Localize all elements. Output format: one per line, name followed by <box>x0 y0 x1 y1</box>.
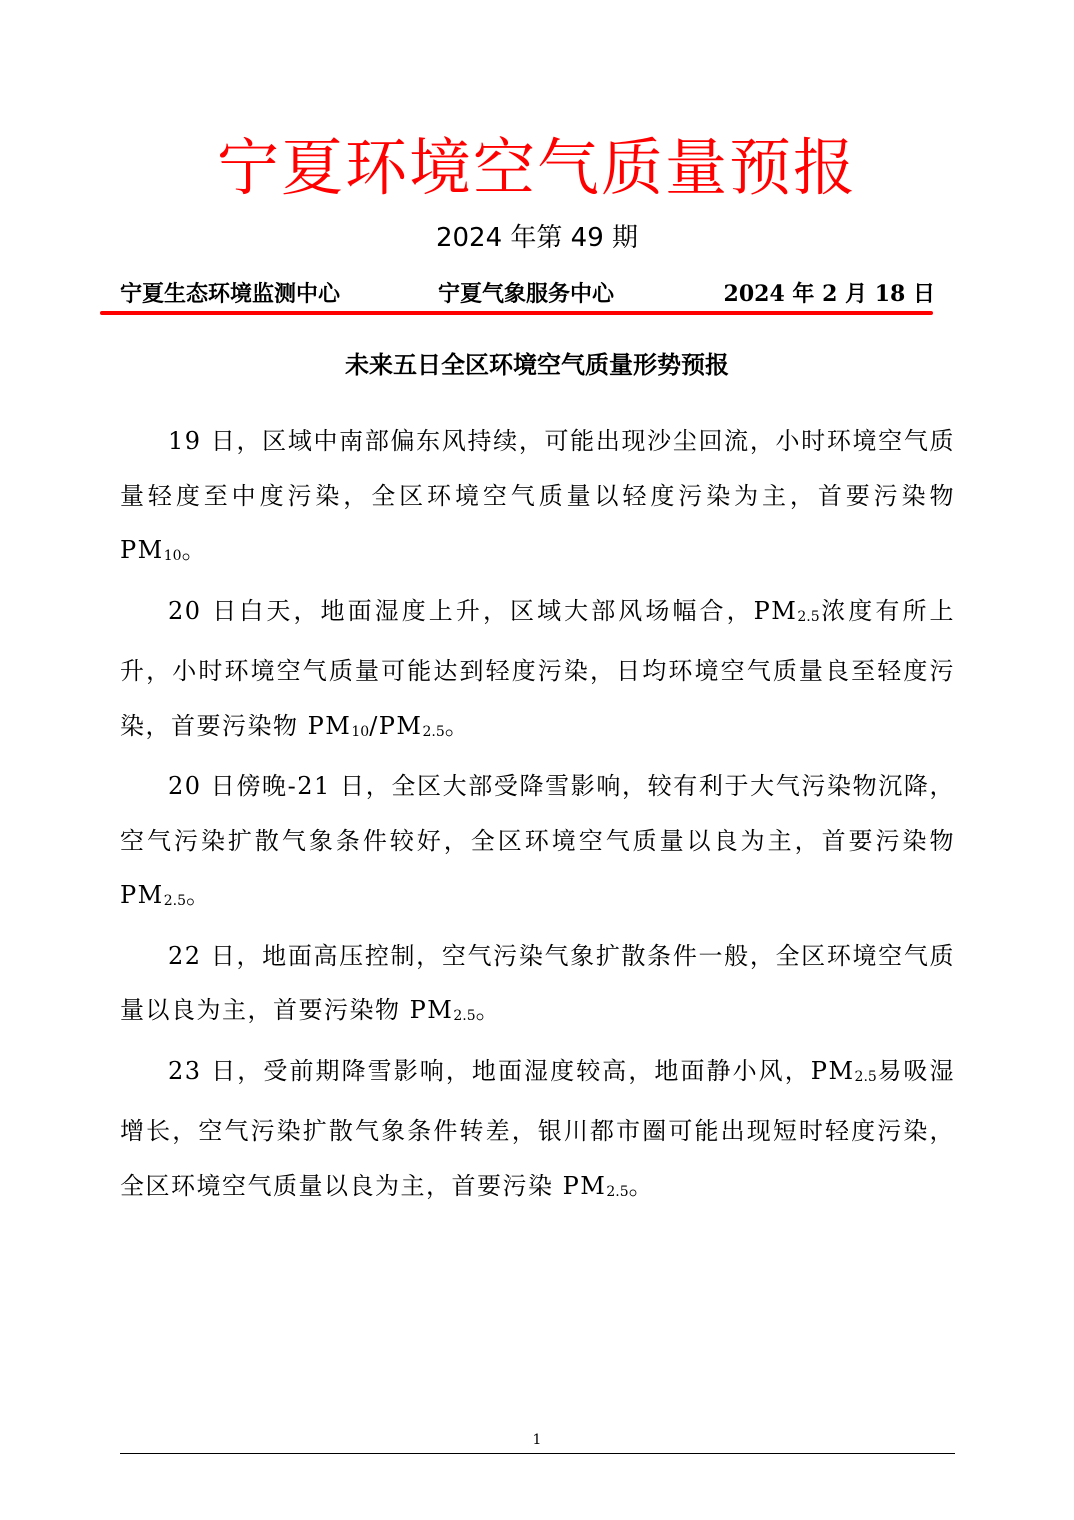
issue-number: 2024 年第 49 期 <box>0 218 1074 258</box>
footer-divider <box>120 1453 955 1454</box>
page-number: 1 <box>0 1432 1074 1448</box>
issuer-row: 宁夏生态环境监测中心 宁夏气象服务中心 2024 年 2 月 18 日 <box>120 278 935 310</box>
report-masthead-title: 宁夏环境空气质量预报 <box>0 128 1074 208</box>
forecast-paragraph-23: 23 日，受前期降雪影响，地面湿度较高，地面静小风，PM2.5易吸湿增长，空气污… <box>120 1044 955 1220</box>
section-title: 未来五日全区环境空气质量形势预报 <box>0 345 1074 385</box>
header-divider <box>100 311 933 315</box>
forecast-paragraph-22: 22 日，地面高压控制，空气污染气象扩散条件一般，全区环境空气质量以良为主，首要… <box>120 929 955 1044</box>
forecast-body: 19 日，区域中南部偏东风持续，可能出现沙尘回流，小时环境空气质量轻度至中度污染… <box>120 414 955 1219</box>
forecast-paragraph-19: 19 日，区域中南部偏东风持续，可能出现沙尘回流，小时环境空气质量轻度至中度污染… <box>120 414 955 584</box>
issuer-meteorological-center: 宁夏气象服务中心 <box>438 278 614 310</box>
forecast-paragraph-20-21: 20 日傍晚-21 日，全区大部受降雪影响，较有利于大气污染物沉降，空气污染扩散… <box>120 759 955 929</box>
issuer-monitoring-center: 宁夏生态环境监测中心 <box>120 278 340 310</box>
forecast-paragraph-20-day: 20 日白天，地面湿度上升，区域大部风场幅合，PM2.5浓度有所上升，小时环境空… <box>120 584 955 760</box>
issue-date: 2024 年 2 月 18 日 <box>724 278 935 310</box>
